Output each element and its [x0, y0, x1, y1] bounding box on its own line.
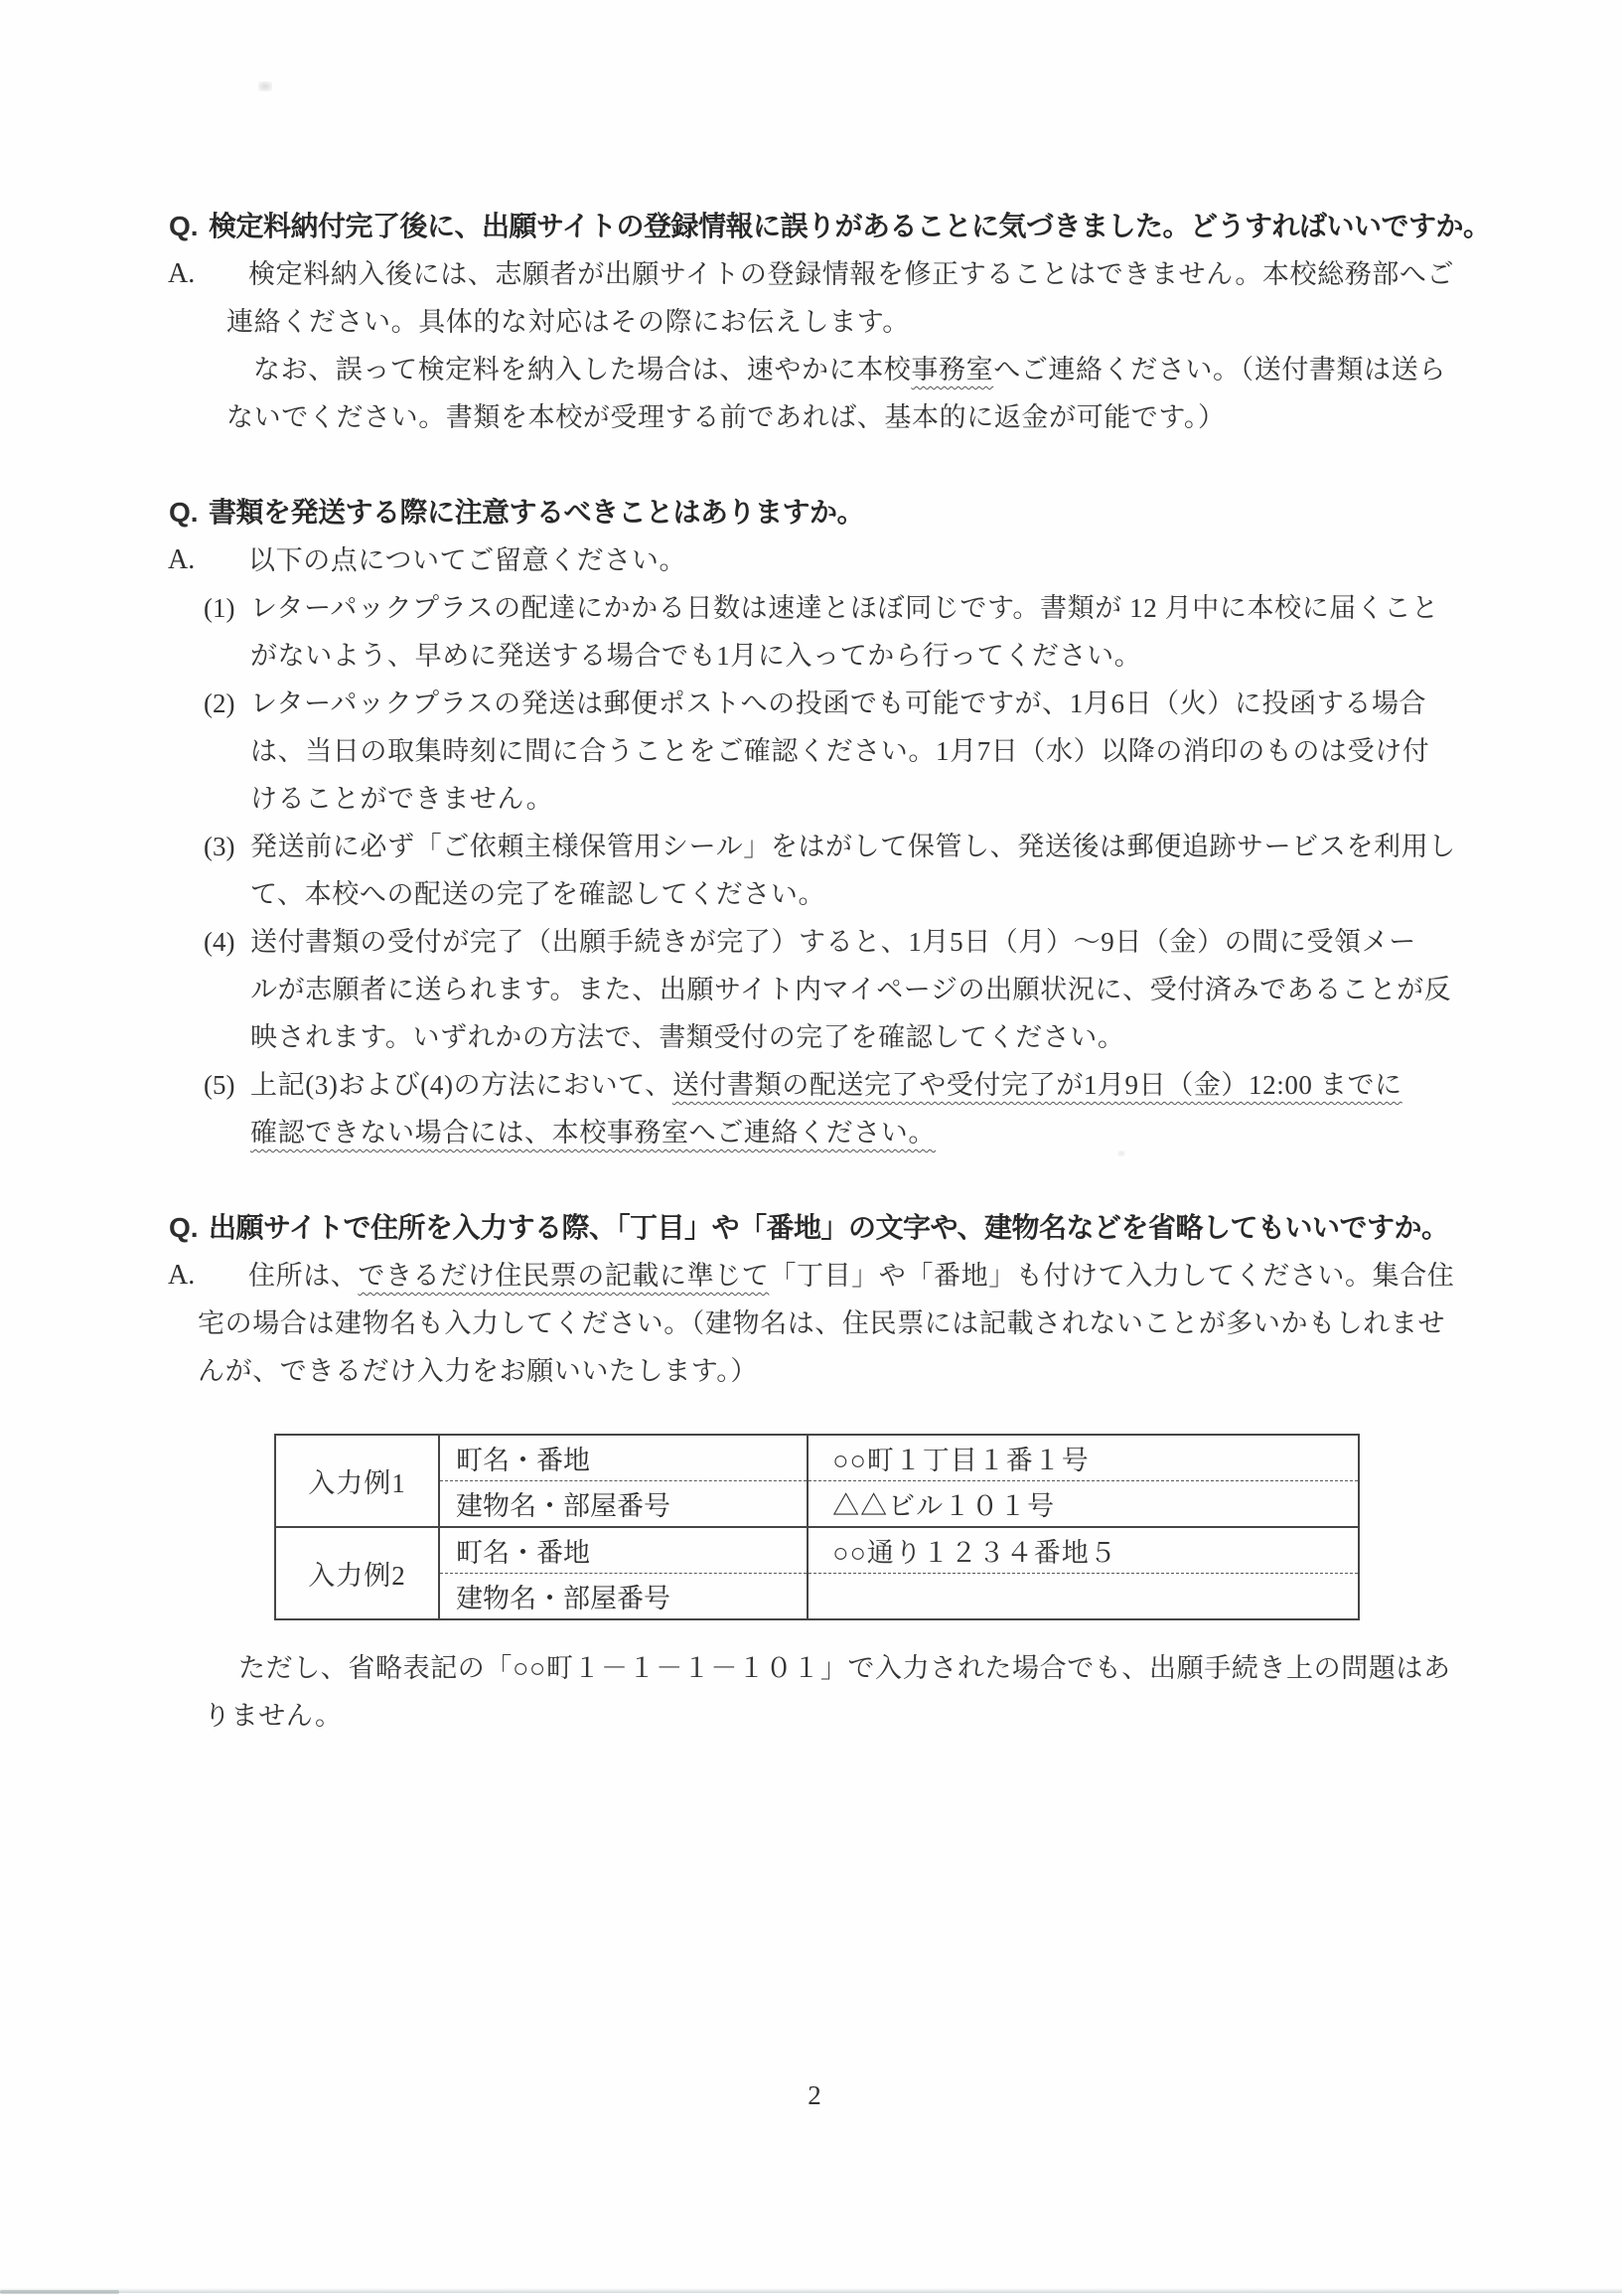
table-field-cell: 建物名・部屋番号 [439, 1481, 808, 1528]
list-item-number: (4) [204, 918, 250, 966]
list-item-number: (2) [204, 680, 250, 727]
table-field-cell: 建物名・部屋番号 [439, 1574, 808, 1620]
q-label: Q. [169, 1204, 199, 1252]
answer-line: 検定料納入後には、志願者が出願サイトの登録情報を修正することはできません。本校総… [248, 250, 1622, 298]
qa-block-shipping-notes: Q. A. 書類を発送する際に注意するべきことはありますか。 以下の点についてご… [0, 489, 1622, 1156]
qa-block-payment-error: Q. A. 検定料納付完了後に、出願サイトの登録情報に誤りがあることに気づきまし… [0, 203, 1622, 441]
table-row: 入力例2 町名・番地 ○○通り１２３４番地５ [275, 1527, 1359, 1574]
list-item-text: 上記(3)および(4)の方法において、送付書類の配送完了や受付完了が1月9日（金… [250, 1070, 1402, 1100]
table-field-cell: 町名・番地 [439, 1435, 808, 1481]
q-label: Q. [169, 489, 199, 536]
list-item-line: は、当日の取集時刻に間に合うことをご確認ください。1月7日（水）以降の消印のもの… [250, 727, 1622, 775]
table-value-cell: △△ビル１０１号 [808, 1481, 1359, 1528]
list-item-line: 確認できない場合には、本校事務室へご連絡ください。 [250, 1109, 1622, 1156]
list-item-line: (2)レターパックプラスの発送は郵便ポストへの投函でも可能ですが、1月6日（火）… [204, 680, 1622, 727]
list-item-line: (5)上記(3)および(4)の方法において、送付書類の配送完了や受付完了が1月9… [204, 1061, 1622, 1109]
answer-line: 住所は、できるだけ住民票の記載に準じて「丁目」や「番地」も付けて入力してください… [248, 1252, 1622, 1300]
list-item-text: レターパックプラスの配達にかかる日数は速達とほぼ同じです。書類が 12 月中に本… [250, 593, 1439, 623]
page-number: 2 [785, 2080, 844, 2111]
table-value-cell [808, 1574, 1359, 1620]
note-paragraph: ただし、省略表記の「○○町１－１－１－１０１」で入力された場合でも、出願手続き上… [0, 1644, 1622, 1740]
answer-line: ないでください。書類を本校が受理する前であれば、基本的に返金が可能です。） [226, 393, 1622, 441]
list-item-line: (1)レターパックプラスの配達にかかる日数は速達とほぼ同じです。書類が 12 月… [204, 584, 1622, 632]
note-line: ただし、省略表記の「○○町１－１－１－１０１」で入力された場合でも、出願手続き上… [238, 1644, 1622, 1692]
question-line: 書類を発送する際に注意するべきことはありますか。 [209, 489, 1622, 536]
table-field-cell: 町名・番地 [439, 1527, 808, 1574]
list-item-line: ルが志願者に送られます。また、出願サイト内マイページの出願状況に、受付済みである… [250, 966, 1622, 1013]
answer-line: 以下の点についてご留意ください。 [248, 536, 1622, 584]
qa-block-address-input: Q. A. 出願サイトで住所を入力する際、「丁目」や「番地」の文字や、建物名など… [0, 1204, 1622, 1395]
note-line: りません。 [204, 1692, 1622, 1740]
list-item-line: がないよう、早めに発送する場合でも1月に入ってから行ってください。 [250, 632, 1622, 680]
address-examples-table: 入力例1 町名・番地 ○○町１丁目１番１号 建物名・部屋番号 △△ビル１０１号 … [274, 1434, 1360, 1620]
table-value-cell: ○○町１丁目１番１号 [808, 1435, 1359, 1481]
list-item-line: (4)送付書類の受付が完了（出願手続きが完了）すると、1月5日（月）～9日（金）… [204, 918, 1622, 966]
answer-line: なお、誤って検定料を納入した場合は、速やかに本校事務室へご連絡ください。（送付書… [253, 346, 1622, 393]
list-item-number: (1) [204, 584, 250, 632]
a-label: A. [168, 536, 195, 584]
table-value-cell: ○○通り１２３４番地５ [808, 1527, 1359, 1574]
answer-line: 連絡ください。具体的な対応はその際にお伝えします。 [226, 298, 1622, 346]
question-line: 出願サイトで住所を入力する際、「丁目」や「番地」の文字や、建物名などを省略しても… [209, 1204, 1622, 1252]
document-page: Q. A. 検定料納付完了後に、出願サイトの登録情報に誤りがあることに気づきまし… [0, 0, 1622, 2296]
answer-line: んが、できるだけ入力をお願いいたします。） [198, 1347, 1622, 1395]
scan-smudge [258, 81, 272, 91]
question-line: 検定料納付完了後に、出願サイトの登録情報に誤りがあることに気づきました。どうすれ… [209, 203, 1622, 250]
address-table: 入力例1 町名・番地 ○○町１丁目１番１号 建物名・部屋番号 △△ビル１０１号 … [274, 1434, 1360, 1620]
table-group-label: 入力例1 [275, 1435, 439, 1527]
q-label: Q. [169, 203, 199, 250]
table-row: 入力例1 町名・番地 ○○町１丁目１番１号 [275, 1435, 1359, 1481]
list-item-text: レターパックプラスの発送は郵便ポストへの投函でも可能ですが、1月6日（火）に投函… [250, 689, 1426, 718]
list-item-number: (5) [204, 1061, 250, 1109]
list-item-line: て、本校への配送の完了を確認してください。 [250, 870, 1622, 918]
table-group-label: 入力例2 [275, 1527, 439, 1619]
list-item-text: 発送前に必ず「ご依頼主様保管用シール」をはがして保管し、発送後は郵便追跡サービス… [250, 832, 1456, 861]
scan-edge-artifact [0, 2288, 1622, 2293]
list-item-line: けることができません。 [250, 775, 1622, 823]
list-item-number: (3) [204, 823, 250, 870]
a-label: A. [168, 250, 195, 298]
scan-edge-artifact [0, 2290, 119, 2294]
answer-line: 宅の場合は建物名も入力してください。（建物名は、住民票には記載されないことが多い… [198, 1300, 1622, 1347]
list-item-line: (3)発送前に必ず「ご依頼主様保管用シール」をはがして保管し、発送後は郵便追跡サ… [204, 823, 1622, 870]
list-item-text: 送付書類の受付が完了（出願手続きが完了）すると、1月5日（月）～9日（金）の間に… [250, 927, 1416, 957]
list-item-line: 映されます。いずれかの方法で、書類受付の完了を確認してください。 [250, 1013, 1622, 1061]
a-label: A. [168, 1252, 195, 1300]
